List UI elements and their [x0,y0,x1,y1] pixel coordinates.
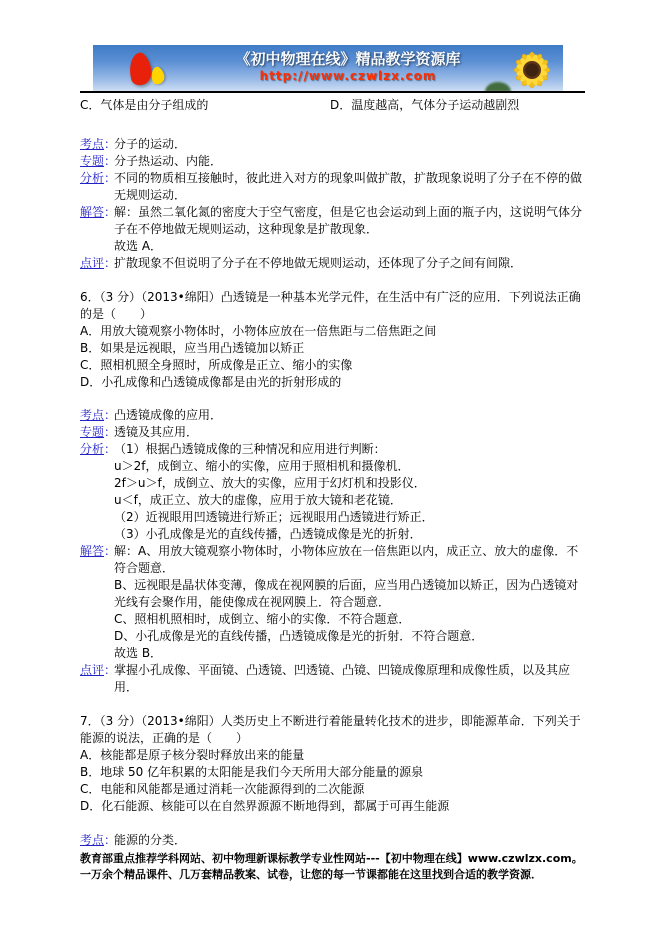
jieda-label: 解答： [80,543,116,560]
q6-option-c: C．照相机照全身照时，所成像是正立、缩小的实像 [80,357,588,374]
zhuanti-label: 专题： [80,424,116,441]
sunflower-icon [509,49,555,91]
q6-jieda-line: C、照相机照相时，成倒立、缩小的实像．不符合题意． [114,611,588,628]
q6-stem: 6．（3 分）（2013•绵阳）凸透镜是一种基本光学元件，在生活中有广泛的应用．… [80,289,588,323]
q6-option-b: B．如果是远视眼，应当用凸透镜加以矫正 [80,340,588,357]
q6-fenxi-row: 分析： （1）根据凸透镜成像的三种情况和应用进行判断： u＞2f，成倒立、缩小的… [80,441,588,543]
q6-zhuanti-text: 透镜及其应用． [114,424,588,441]
q6-jieda-line: D、小孔成像是光的直线传播，凸透镜成像是光的折射．不符合题意． [114,628,588,645]
q7-option-a: A．核能都是原子核分裂时释放出来的能量 [80,747,588,764]
page-footer: 教育部重点推荐学科网站、初中物理新课标教学专业性网站---【初中物理在线】www… [80,851,592,883]
jieda-label: 解答： [80,204,116,221]
q7-stem: 7．（3 分）（2013•绵阳）人类历史上不断进行着能量转化技术的进步，即能源革… [80,713,588,747]
q6-dianping-text: 掌握小孔成像、平面镜、凸透镜、凹透镜、凸镜、凹镜成像原理和成像性质，以及其应用． [114,662,588,696]
document-page: 《初中物理在线》精品教学资源库 http://www.czwlzx.com [0,0,661,936]
q6-fenxi-line: （3）小孔成像是光的直线传播，凸透镜成像是光的折射． [114,526,588,543]
q7-kaodian-text: 能源的分类． [114,832,588,849]
q5-zhuanti-row: 专题： 分子热运动、内能． [80,153,588,170]
q5-options-cd: C．气体是由分子组成的 D．温度越高，气体分子运动越剧烈 [80,97,588,114]
q5-zhuanti-text: 分子热运动、内能． [114,153,588,170]
document-body: C．气体是由分子组成的 D．温度越高，气体分子运动越剧烈 考点： 分子的运动． … [80,97,588,849]
q6-option-a: A．用放大镜观察小物体时，小物体应放在一倍焦距与二倍焦距之间 [80,323,588,340]
q5-dianping-row: 点评： 扩散现象不但说明了分子在不停地做无规则运动，还体现了分子之间有间隙． [80,255,588,272]
q6-fenxi-line: 2f＞u＞f，成倒立、放大的实像，应用于幻灯机和投影仪． [114,475,588,492]
q6-zhuanti-row: 专题： 透镜及其应用． [80,424,588,441]
q6-dianping-row: 点评： 掌握小孔成像、平面镜、凸透镜、凹透镜、凸镜、凹镜成像原理和成像性质，以及… [80,662,588,696]
q5-dianping-text: 扩散现象不但说明了分子在不停地做无规则运动，还体现了分子之间有间隙． [114,255,588,272]
q6-fenxi-line: u＜f，成正立、放大的虚像，应用于放大镜和老花镜． [114,492,588,509]
banner-url: http://www.czwlzx.com [203,69,493,84]
q7-option-c: C．电能和风能都是通过消耗一次能源得到的二次能源 [80,781,588,798]
fenxi-label: 分析： [80,170,116,187]
q5-jieda-answer: 故选 A． [114,238,588,255]
banner-title: 《初中物理在线》精品教学资源库 [203,49,493,69]
q5-kaodian-row: 考点： 分子的运动． [80,136,588,153]
q5-option-d: D．温度越高，气体分子运动越剧烈 [330,97,519,114]
fenxi-label: 分析： [80,441,116,458]
dianping-label: 点评： [80,255,116,272]
q5-jieda-text: 解：虽然二氧化氮的密度大于空气密度，但是它也会运动到上面的瓶子内，这说明气体分子… [114,204,588,238]
kaodian-label: 考点： [80,407,116,424]
q6-fenxi-line: （1）根据凸透镜成像的三种情况和应用进行判断： [114,441,588,458]
q6-kaodian-text: 凸透镜成像的应用． [114,407,588,424]
kaodian-label: 考点： [80,136,116,153]
q7-kaodian-row: 考点： 能源的分类． [80,832,588,849]
q6-fenxi-line: u＞2f，成倒立、缩小的实像，应用于照相机和摄像机． [114,458,588,475]
q5-kaodian-text: 分子的运动． [114,136,588,153]
q6-jieda-answer: 故选 B． [114,645,588,662]
site-banner: 《初中物理在线》精品教学资源库 http://www.czwlzx.com [93,45,563,92]
logo-flame-icon [121,51,181,89]
q6-jieda-row: 解答： 解：A、用放大镜观察小物体时，小物体应放在一倍焦距以内，成正立、放大的虚… [80,543,588,662]
kaodian-label: 考点： [80,832,116,849]
q5-fenxi-row: 分析： 不同的物质相互接触时，彼此进入对方的现象叫做扩散，扩散现象说明了分子在不… [80,170,588,204]
header-divider [80,91,585,93]
q5-fenxi-text: 不同的物质相互接触时，彼此进入对方的现象叫做扩散，扩散现象说明了分子在不停的做无… [114,170,588,204]
q7-option-b: B．地球 50 亿年积累的太阳能是我们今天所用大部分能量的源泉 [80,764,588,781]
q6-option-d: D．小孔成像和凸透镜成像都是由光的折射形成的 [80,374,588,391]
q6-fenxi-line: （2）近视眼用凹透镜进行矫正；远视眼用凸透镜进行矫正． [114,509,588,526]
q6-kaodian-row: 考点： 凸透镜成像的应用． [80,407,588,424]
q7-option-d: D．化石能源、核能可以在自然界源源不断地得到，都属于可再生能源 [80,798,588,815]
zhuanti-label: 专题： [80,153,116,170]
q6-jieda-line: B、远视眼是晶状体变薄，像成在视网膜的后面，应当用凸透镜加以矫正，因为凸透镜对光… [114,577,588,611]
q5-jieda-row: 解答： 解：虽然二氧化氮的密度大于空气密度，但是它也会运动到上面的瓶子内，这说明… [80,204,588,255]
banner-text: 《初中物理在线》精品教学资源库 http://www.czwlzx.com [203,49,493,84]
q5-option-c: C．气体是由分子组成的 [80,97,330,114]
dianping-label: 点评： [80,662,116,679]
logo-flame-red-icon [125,51,154,87]
q6-jieda-line: 解：A、用放大镜观察小物体时，小物体应放在一倍焦距以内，成正立、放大的虚像．不符… [114,543,588,577]
